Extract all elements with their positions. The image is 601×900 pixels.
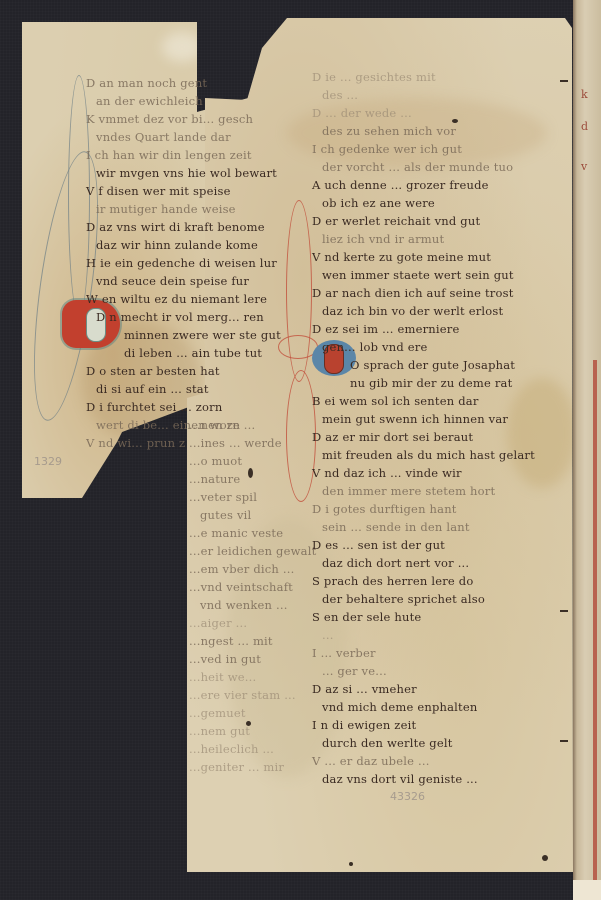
text-line: D az vns wirt di kraft benome	[86, 220, 265, 234]
text-line: ...em vber dich ...	[189, 562, 294, 576]
text-line: vnd seuce dein speise fur	[96, 274, 249, 288]
ruling-prick	[560, 740, 568, 742]
stain	[507, 378, 577, 488]
text-line: der vorcht ... als der munde tuo	[322, 160, 513, 174]
edge-letter: v	[581, 160, 587, 173]
text-line: daz ich bin vo der werlt erlost	[322, 304, 503, 318]
text-line: ...	[322, 628, 334, 642]
text-line: V ... er daz ubele ...	[312, 754, 430, 768]
text-line: ...ngest ... mit	[189, 634, 273, 648]
text-line: wen immer staete wert sein gut	[322, 268, 514, 282]
text-line: I ... verber	[312, 646, 376, 660]
text-line: mit freuden als du mich hast gelart	[322, 448, 535, 462]
illuminated-initial-d	[62, 300, 120, 348]
text-line: V nd kerte zu gote meine mut	[312, 250, 491, 264]
text-line: D ... der wede ...	[312, 106, 412, 120]
text-line: ...aiger ...	[189, 616, 247, 630]
text-line: daz dich dort nert vor ...	[322, 556, 469, 570]
wormhole	[349, 862, 353, 866]
text-line: di si auf ein ... stat	[96, 382, 209, 396]
text-line: H ie ein gedenche di weisen lur	[86, 256, 277, 270]
text-line: ...er leidichen gewalt	[189, 544, 316, 558]
text-line: K vmmet dez vor bi... gesch	[86, 112, 253, 126]
text-line: des zu sehen mich vor	[322, 124, 456, 138]
ruling-prick	[560, 610, 568, 612]
red-margin-rule	[593, 360, 597, 880]
text-line: D ie ... gesichtes mit	[312, 70, 436, 84]
text-line: gen... lob vnd ere	[322, 340, 427, 354]
text-line: wir mvgen vns hie wol bewart	[96, 166, 277, 180]
text-line: ob ich ez ane were	[322, 196, 435, 210]
text-line: D n mecht ir vol merg... ren	[96, 310, 264, 324]
wormhole	[246, 721, 251, 726]
text-line: ...o muot	[189, 454, 242, 468]
text-line: D an man noch gent	[86, 76, 207, 90]
text-line: vnd wenken ...	[200, 598, 288, 612]
wormhole	[248, 468, 253, 478]
text-line: sein ... sende in den lant	[322, 520, 470, 534]
ink-mark	[452, 119, 458, 123]
text-line: D az er mir dort sei beraut	[312, 430, 473, 444]
text-line: ...ved in gut	[189, 652, 261, 666]
text-line: D er werlet reichait vnd gut	[312, 214, 480, 228]
text-line: daz vns dort vil geniste ...	[322, 772, 478, 786]
text-line: an der ewichleich	[96, 94, 203, 108]
text-line: den immer mere stetem hort	[322, 484, 495, 498]
text-line: ...heit we...	[189, 670, 256, 684]
text-line: I ch gedenke wer ich gut	[312, 142, 462, 156]
text-line: D i furchtet sei ... zorn	[86, 400, 222, 414]
text-line: ...geniter ... mir	[189, 760, 284, 774]
text-line: I n di ewigen zeit	[312, 718, 416, 732]
text-line: durch den werlte gelt	[322, 736, 453, 750]
text-line: A uch denne ... grozer freude	[312, 178, 489, 192]
text-line: ... ger ve...	[322, 664, 387, 678]
wormhole	[542, 855, 548, 861]
text-line: I ch han wir din lengen zeit	[86, 148, 252, 162]
text-line: D es ... sen ist der gut	[312, 538, 445, 552]
text-line: ...e manic veste	[189, 526, 283, 540]
text-line: V nd wi... prun zehent	[86, 436, 186, 450]
ruling-prick	[560, 80, 568, 82]
text-line: mein gut swenn ich hinnen var	[322, 412, 508, 426]
text-line: D i gotes durftigen hant	[312, 502, 457, 516]
text-line: des ...	[322, 88, 358, 102]
text-line: D ar nach dien ich auf seine trost	[312, 286, 514, 300]
text-line: ...nature	[189, 472, 240, 486]
text-line: V nd daz ich ... vinde wir	[312, 466, 462, 480]
text-line: O sprach der gute Josaphat	[350, 358, 515, 372]
shelfmark-left: 1329	[34, 455, 62, 468]
stain	[162, 32, 202, 62]
shelfmark-main: 43326	[390, 790, 425, 803]
text-line: vnd mich deme enphalten	[322, 700, 478, 714]
text-line: ...ines ... werde	[189, 436, 282, 450]
text-line: S en der sele hute	[312, 610, 421, 624]
text-line: ...veter spil	[189, 490, 257, 504]
text-line: W en wiltu ez du niemant lere	[86, 292, 267, 306]
text-line: ...gemuet	[189, 706, 246, 720]
edge-letter: d	[581, 120, 588, 133]
text-line: D o sten ar besten hat	[86, 364, 220, 378]
text-line: liez ich vnd ir armut	[322, 232, 444, 246]
text-line: nu gib mir der zu deme rat	[350, 376, 512, 390]
adjacent-page-edge: k d v	[573, 0, 601, 900]
text-line: ir mutiger hande weise	[96, 202, 236, 216]
text-line: ...heileclich ...	[189, 742, 274, 756]
text-line: di leben ... ain tube tut	[124, 346, 262, 360]
text-line: ...ere vier stam ...	[189, 688, 296, 702]
page-bottom-edge	[573, 880, 601, 900]
text-line: V f disen wer mit speise	[86, 184, 231, 198]
text-line: gutes vil	[200, 508, 251, 522]
text-line: ...nen ze ...	[189, 418, 255, 432]
text-line: der behaltere sprichet also	[322, 592, 485, 606]
text-line: vndes Quart lande dar	[96, 130, 231, 144]
text-line: daz wir hinn zulande kome	[96, 238, 258, 252]
text-line: D ez sei im ... emerniere	[312, 322, 460, 336]
text-line: B ei wem sol ich senten dar	[312, 394, 479, 408]
text-line: D az si ... vmeher	[312, 682, 417, 696]
edge-letter: k	[581, 88, 588, 101]
text-line: ...nem gut	[189, 724, 250, 738]
text-line: ...vnd veintschaft	[189, 580, 293, 594]
text-line: minnen zwere wer ste gut	[124, 328, 281, 342]
text-line: S prach des herren lere do	[312, 574, 473, 588]
